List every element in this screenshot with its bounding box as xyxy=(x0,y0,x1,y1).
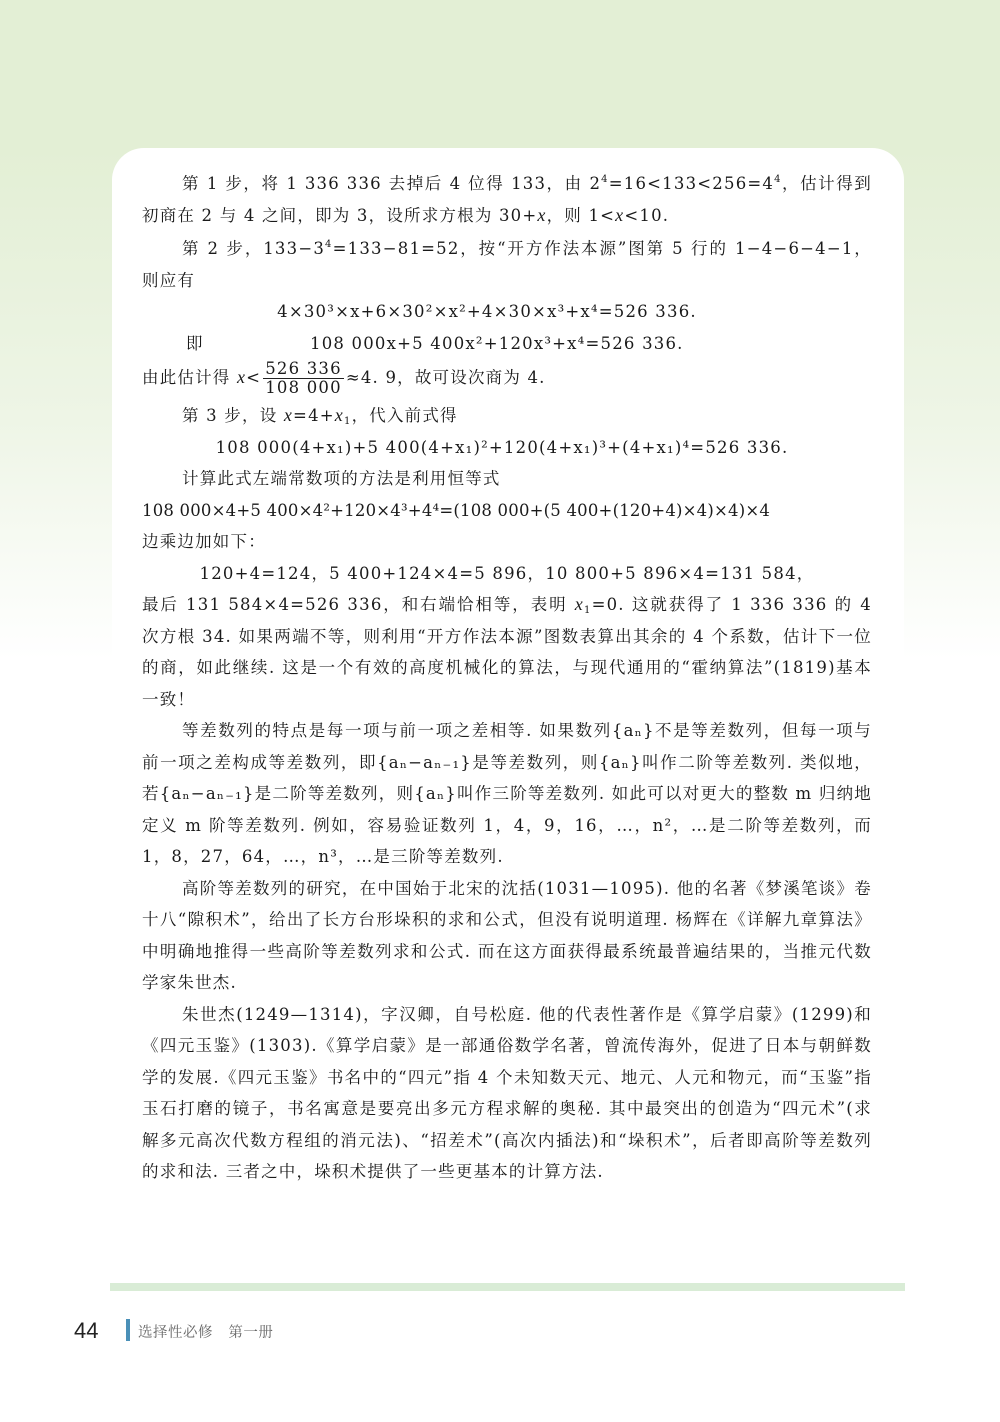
calculation-line: 120+4=124，5 400+124×4=5 896，10 800+5 896… xyxy=(142,558,872,590)
arithmetic-sequence-paragraph: 等差数列的特点是每一项与前一项之差相等. 如果数列{aₙ}不是等差数列，但每一项… xyxy=(142,715,872,873)
equation-label: 即 xyxy=(142,328,310,360)
equation-substituted: 108 000(4+x₁)+5 400(4+x₁)²+120(4+x₁)³+(4… xyxy=(142,432,872,464)
page-number: 44 xyxy=(74,1318,98,1344)
history-paragraph: 高阶等差数列的研究，在中国始于北宋的沈括(1031—1095). 他的名著《梦溪… xyxy=(142,873,872,999)
step-1-paragraph: 第 1 步，将 1 336 336 去掉后 4 位得 133，由 24=16<1… xyxy=(142,168,872,231)
estimate-line: 由此估计得 x<526 336108 000≈4. 9，故可设次商为 4. xyxy=(142,357,872,398)
equation-expansion: 4×30³×x+6×30²×x²+4×30×x³+x⁴=526 336. xyxy=(142,296,872,328)
page-marker-bar xyxy=(126,1319,130,1341)
step-3-paragraph: 第 3 步，设 x=4+x1，代入前式得 xyxy=(142,400,872,432)
fraction: 526 336108 000 xyxy=(263,360,344,397)
step-2-paragraph: 第 2 步，133−34=133−81=52，按“开方作法本源”图第 5 行的 … xyxy=(142,233,872,296)
equation-simplified: 即108 000x+5 400x²+120x³+x⁴=526 336. xyxy=(142,328,872,360)
conclusion-paragraph: 最后 131 584×4=526 336，和右端恰相等，表明 x1=0. 这就获… xyxy=(142,589,872,715)
page-body: 第 1 步，将 1 336 336 去掉后 4 位得 133，由 24=16<1… xyxy=(142,168,872,1188)
identity-after: 边乘边加如下： xyxy=(142,526,872,558)
identity-intro: 计算此式左端常数项的方法是利用恒等式 xyxy=(142,463,872,495)
footer-divider xyxy=(110,1283,905,1291)
identity-equation: 108 000×4+5 400×4²+120×4³+4⁴=(108 000+(5… xyxy=(142,495,872,527)
book-title: 选择性必修 第一册 xyxy=(138,1321,273,1342)
zhu-shijie-paragraph: 朱世杰(1249—1314)，字汉卿，自号松庭. 他的代表性著作是《算学启蒙》(… xyxy=(142,999,872,1188)
